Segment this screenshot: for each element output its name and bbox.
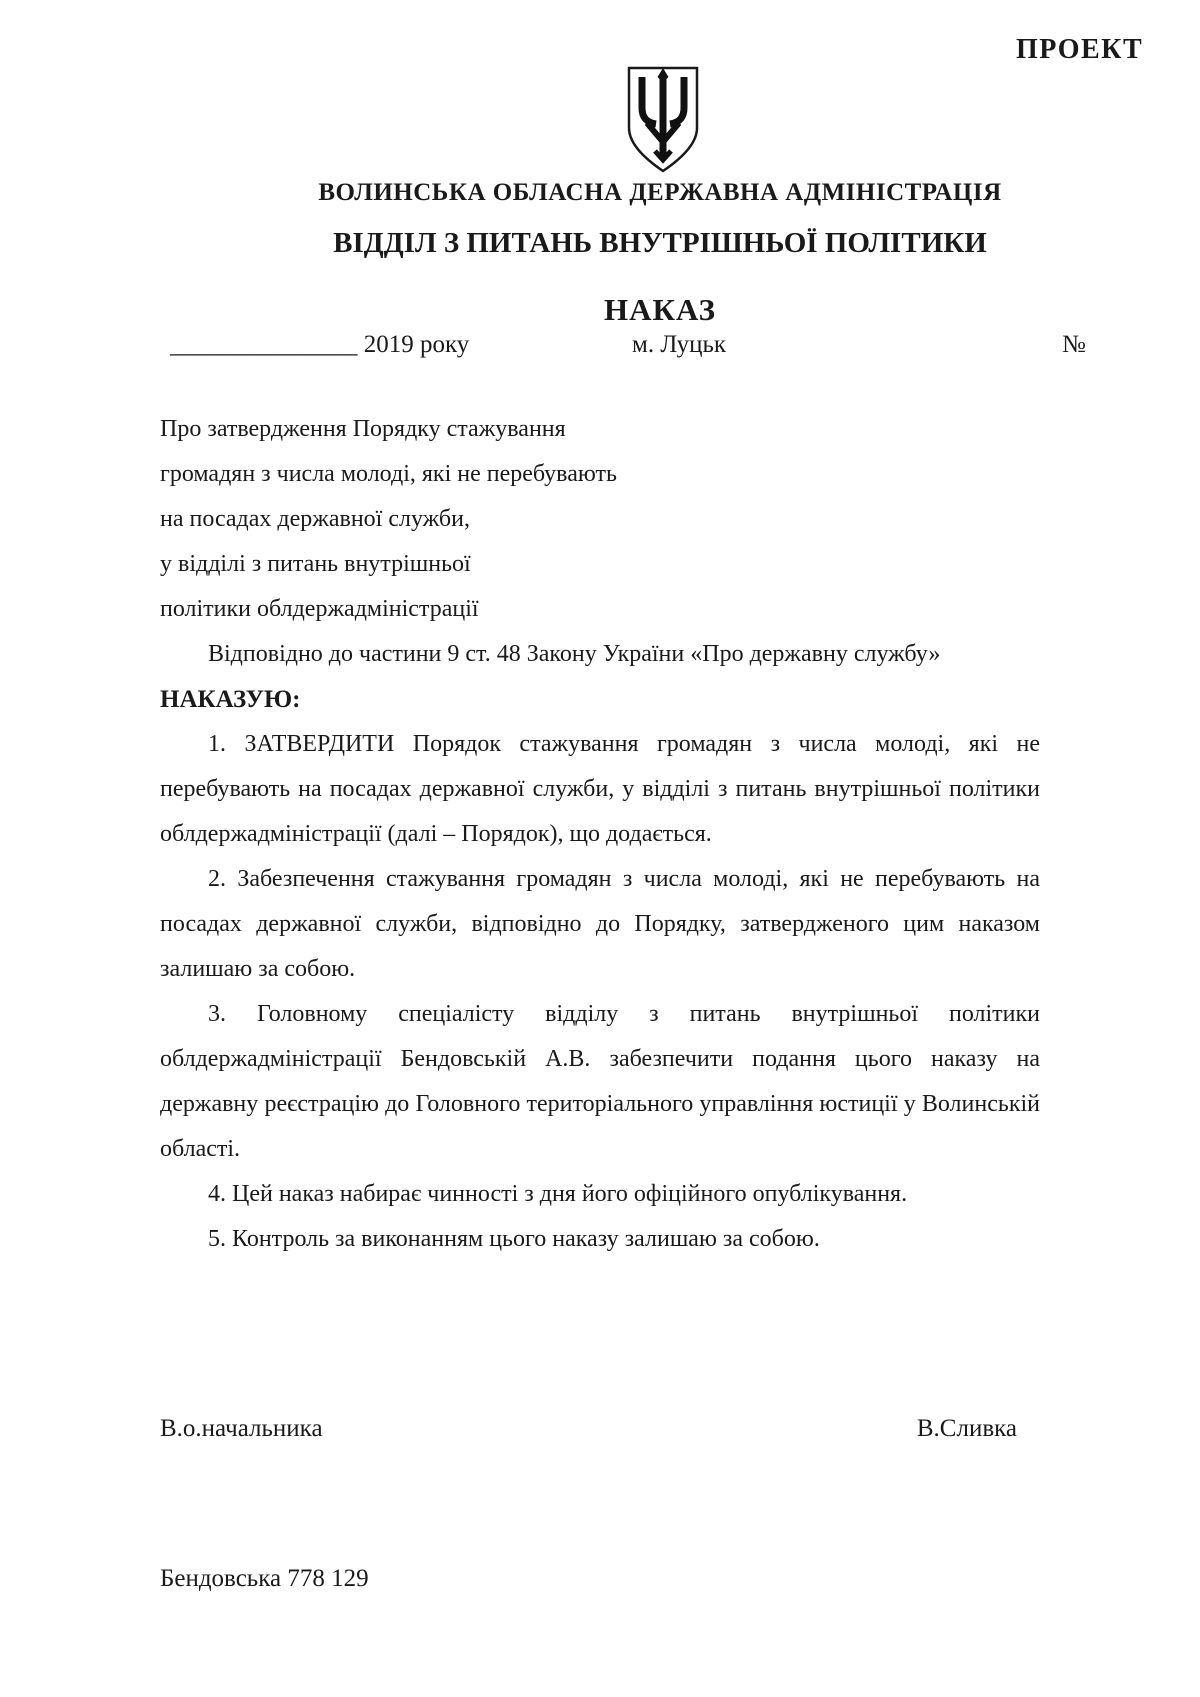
- trident-emblem-icon: [626, 66, 700, 174]
- order-keyword: НАКАЗУЮ:: [160, 677, 300, 722]
- order-item: 4. Цей наказ набирає чинності з дня його…: [160, 1172, 1040, 1217]
- subject-line: політики облдержадміністрації: [160, 587, 800, 632]
- place-city: м. Луцьк: [632, 331, 726, 359]
- document-page: ПРОЕКТ ВОЛИНСЬКА ОБЛАСНА ДЕРЖАВНА АДМІНІ…: [0, 0, 1200, 1697]
- preamble-text: Відповідно до частини 9 ст. 48 Закону Ук…: [160, 632, 1040, 677]
- order-item: 2. Забезпечення стажування громадян з чи…: [160, 857, 1040, 992]
- subject-line: на посадах державної служби,: [160, 497, 800, 542]
- date-blank-and-year: _______________ 2019 року: [170, 331, 469, 359]
- date-year: 2019 року: [364, 331, 470, 358]
- subject-block: Про затвердження Порядку стажування гром…: [160, 407, 800, 632]
- department-name: ВІДДІЛ З ПИТАНЬ ВНУТРІШНЬОЇ ПОЛІТИКИ: [160, 227, 1160, 260]
- signer-name: В.Сливка: [917, 1415, 1017, 1443]
- order-item: 3. Головному спеціалісту відділу з питан…: [160, 992, 1040, 1172]
- number-sign: №: [1062, 331, 1086, 359]
- subject-line: громадян з числа молоді, які не перебува…: [160, 452, 800, 497]
- signature-row: В.о.начальника В.Сливка: [160, 1415, 1017, 1443]
- project-stamp: ПРОЕКТ: [1016, 34, 1143, 66]
- date-blank-line: _______________: [170, 331, 358, 358]
- order-items: 1. ЗАТВЕРДИТИ Порядок стажування громадя…: [160, 722, 1040, 1262]
- subject-line: у відділі з питань внутрішньої: [160, 542, 800, 587]
- order-item: 1. ЗАТВЕРДИТИ Порядок стажування громадя…: [160, 722, 1040, 857]
- order-item: 5. Контроль за виконанням цього наказу з…: [160, 1217, 1040, 1262]
- signer-position: В.о.начальника: [160, 1415, 323, 1443]
- subject-line: Про затвердження Порядку стажування: [160, 407, 800, 452]
- date-row: _______________ 2019 року м. Луцьк №: [0, 331, 1200, 376]
- organization-name: ВОЛИНСЬКА ОБЛАСНА ДЕРЖАВНА АДМІНІСТРАЦІЯ: [160, 179, 1160, 207]
- document-title: НАКАЗ: [160, 292, 1160, 328]
- contact-footer: Бендовська 778 129: [160, 1565, 369, 1593]
